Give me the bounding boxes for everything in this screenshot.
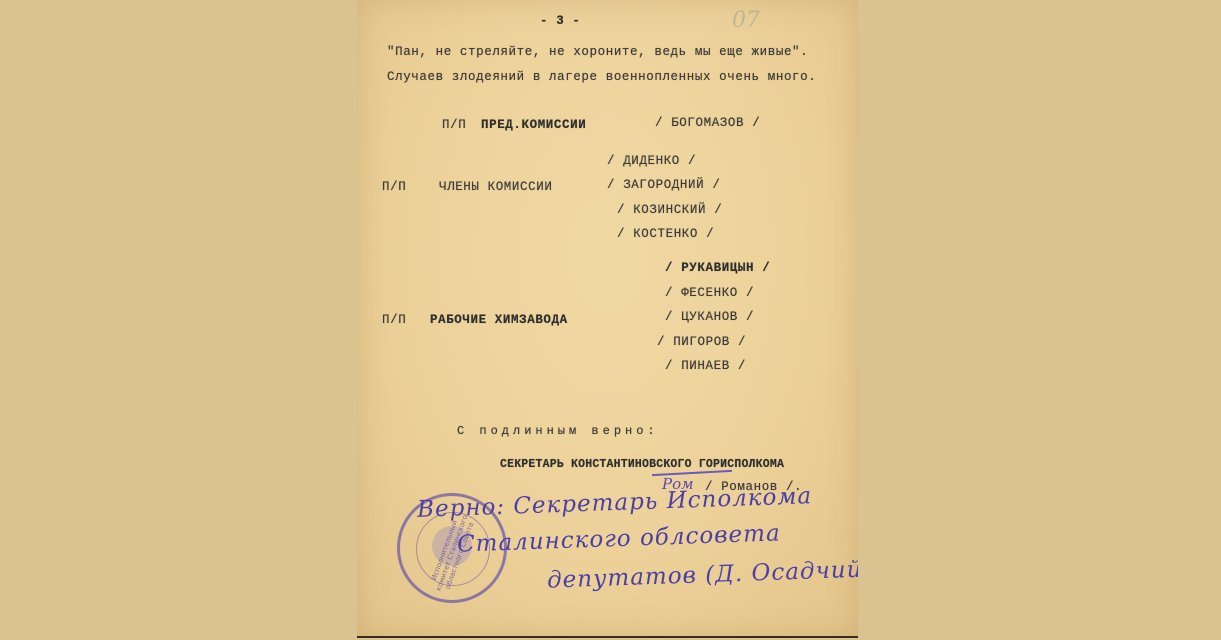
worker-name: / РУКАВИЦЫН / [665, 261, 770, 275]
worker-name: / ПИГОРОВ / [657, 335, 746, 349]
pencil-archive-mark: 07 [732, 8, 760, 33]
member-name: / КОЗИНСКИЙ / [617, 203, 722, 217]
worker-name: / ЦУКАНОВ / [665, 310, 754, 324]
member-name: / ДИДЕНКО / [607, 154, 696, 168]
document-page: - 3 - 07 "Пан, не стреляйте, не хороните… [357, 0, 858, 638]
member-name: / КОСТЕНКО / [617, 227, 714, 241]
certification-label: С подлинным верно: [457, 424, 659, 438]
member-name: / ЗАГОРОДНИЙ / [607, 178, 720, 192]
text-line-1: "Пан, не стреляйте, не хороните, ведь мы… [387, 45, 808, 59]
workers-prefix: П/П [382, 313, 406, 327]
page-number: - 3 - [540, 14, 581, 28]
handwritten-line-1: Верно: Секретарь Исполкома [417, 483, 813, 523]
handwritten-line-3: депутатов (Д. Осадчий) [547, 556, 858, 593]
chairman-name: / БОГОМАЗОВ / [655, 116, 760, 130]
chairman-role: ПРЕД.КОМИССИИ [481, 118, 586, 132]
worker-name: / ФЕСЕНКО / [665, 286, 754, 300]
workers-role: РАБОЧИЕ ХИМЗАВОДА [430, 313, 568, 327]
worker-name: / ПИНАЕВ / [665, 359, 746, 373]
handwritten-line-2: Сталинского облсовета [457, 520, 781, 557]
members-prefix: П/П [382, 180, 406, 194]
secretary-title: СЕКРЕТАРЬ КОНСТАНТИНОВСКОГО ГОРИСПОЛКОМА [500, 458, 784, 471]
chairman-prefix: П/П [442, 118, 466, 132]
members-role: ЧЛЕНЫ КОМИССИИ [439, 180, 552, 194]
text-line-2: Случаев злодеяний в лагере военнопленных… [387, 70, 816, 84]
